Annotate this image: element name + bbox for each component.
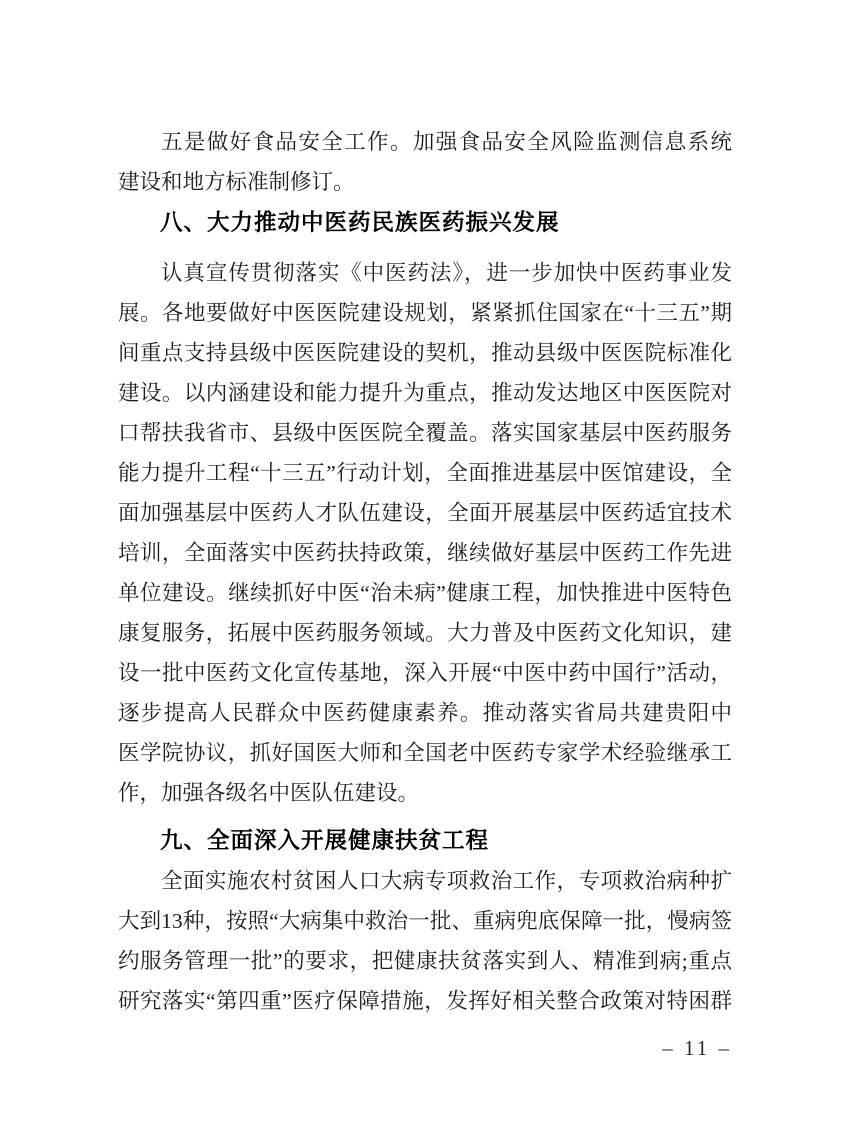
body-text: 五是做好食品安全工作。加强食品安全风险监测信息系统 建设和地方标准制修订。 八、… [118, 122, 732, 1021]
paragraph-line: 逐步提高人民群众中医药健康素养。推动落实省局共建贵阳中 [118, 693, 732, 733]
paragraph-line: 单位建设。继续抓好中医“治未病”健康工程，加快推进中医特色 [118, 573, 732, 613]
paragraph-line: 建设。以内涵建设和能力提升为重点，推动发达地区中医医院对 [118, 373, 732, 413]
paragraph-line: 五是做好食品安全工作。加强食品安全风险监测信息系统 [118, 122, 732, 162]
section-heading-8: 八、大力推动中医药民族医药振兴发展 [118, 203, 732, 243]
paragraph-line: 医学院协议，抓好国医大师和全国老中医药专家学术经验继承工 [118, 733, 732, 773]
paragraph-line: 间重点支持县级中医医院建设的契机，推动县级中医医院标准化 [118, 333, 732, 373]
paragraph-line: 能力提升工程“十三五”行动计划，全面推进基层中医馆建设，全 [118, 453, 732, 493]
section-heading-9: 九、全面深入开展健康扶贫工程 [118, 821, 732, 861]
paragraph-line: 认真宣传贯彻落实《中医药法》，进一步加快中医药事业发 [118, 253, 732, 293]
paragraph-line: 展。各地要做好中医医院建设规划，紧紧抓住国家在“十三五”期 [118, 293, 732, 333]
paragraph-line: 口帮扶我省市、县级中医医院全覆盖。落实国家基层中医药服务 [118, 413, 732, 453]
paragraph-line: 大到13种，按照“大病集中救治一批、重病兜底保障一批，慢病签 [118, 901, 732, 941]
paragraph-line: 研究落实“第四重”医疗保障措施，发挥好相关整合政策对特困群 [118, 981, 732, 1021]
paragraph-line: 全面实施农村贫困人口大病专项救治工作，专项救治病种扩 [118, 861, 732, 901]
paragraph: 五是做好食品安全工作。加强食品安全风险监测信息系统 建设和地方标准制修订。 [118, 122, 732, 202]
paragraph: 认真宣传贯彻落实《中医药法》，进一步加快中医药事业发 展。各地要做好中医医院建设… [118, 253, 732, 813]
paragraph-line: 约服务管理一批”的要求，把健康扶贫落实到人、精准到病;重点 [118, 941, 732, 981]
paragraph-line: 建设和地方标准制修订。 [118, 162, 732, 202]
document-page: 五是做好食品安全工作。加强食品安全风险监测信息系统 建设和地方标准制修订。 八、… [0, 0, 850, 1146]
paragraph-line: 设一批中医药文化宣传基地，深入开展“中医中药中国行”活动， [118, 653, 732, 693]
paragraph-line: 康复服务，拓展中医药服务领域。大力普及中医药文化知识，建 [118, 613, 732, 653]
paragraph-line: 培训，全面落实中医药扶持政策，继续做好基层中医药工作先进 [118, 533, 732, 573]
paragraph: 全面实施农村贫困人口大病专项救治工作，专项救治病种扩 大到13种，按照“大病集中… [118, 861, 732, 1021]
paragraph-line: 作，加强各级名中医队伍建设。 [118, 773, 732, 813]
page-number: – 11 – [662, 1036, 732, 1060]
paragraph-line: 面加强基层中医药人才队伍建设，全面开展基层中医药适宜技术 [118, 493, 732, 533]
